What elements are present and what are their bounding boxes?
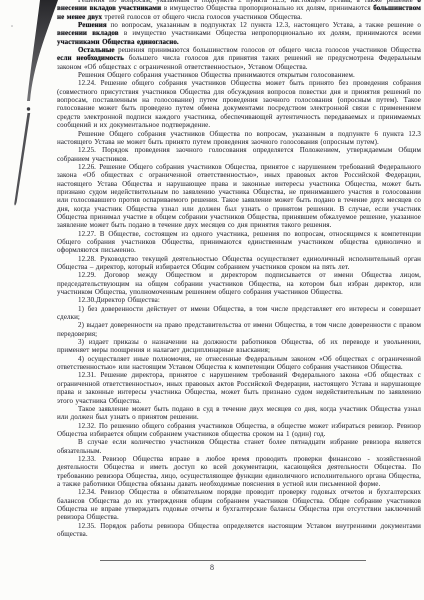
paragraph: 12.32. По решению общего собрания участн…: [57, 422, 421, 439]
footer-divider: [100, 560, 366, 561]
paragraph: 12.31. Решение директора, принятое с нар…: [57, 371, 421, 404]
paragraph: 12.25. Порядок проведения заочного голос…: [57, 146, 421, 163]
page-number: 8: [0, 563, 424, 572]
paragraph: 12.28. Руководство текущей деятельностью…: [57, 255, 421, 272]
document-text: Решения по вопросам, указанным в подпунк…: [57, 0, 421, 538]
paragraph: 3) издает приказы о назначении на должно…: [57, 338, 421, 355]
paragraph: Такое заявление может быть подано в суд …: [57, 405, 421, 422]
paragraph: 1) без доверенности действует от имени О…: [57, 305, 421, 322]
paragraph: Остальные решения принимаются большинств…: [57, 46, 421, 71]
paragraph: 4) осуществляет иные полномочия, не отне…: [57, 355, 421, 372]
paragraph: Решения по вопросам, указанным в подпунк…: [57, 21, 421, 46]
paragraph: В случае если количество участников Обще…: [57, 438, 421, 455]
paragraph: 12.34. Ревизор Общества в обязательном п…: [57, 488, 421, 521]
paragraph: 12.27. В Обществе, состоящем из одного у…: [57, 230, 421, 255]
paragraph: Решения Общего собрания участников Общес…: [57, 71, 421, 79]
binding-crease-mark: [0, 0, 64, 220]
paragraph: 12.35. Порядок работы ревизора Общества …: [57, 522, 421, 539]
paragraph: Решения по вопросам, указанным в подпунк…: [57, 0, 421, 21]
paragraph: Решение Общего собрания участников Общес…: [57, 130, 421, 147]
paragraph: 12.29. Договор между Обществом и директо…: [57, 271, 421, 296]
paragraph: 12.24. Решение общего собрания участнико…: [57, 79, 421, 129]
scanned-document-page: Решения по вопросам, указанным в подпунк…: [0, 0, 424, 600]
paragraph: 12.30.Директор Общества:: [57, 296, 421, 304]
paragraph: 2) выдает доверенности на право представ…: [57, 321, 421, 338]
paragraph: 12.26. Решение Общего собрания участнико…: [57, 163, 421, 230]
paragraph: 12.33. Ревизор Общества вправе в любое в…: [57, 455, 421, 488]
